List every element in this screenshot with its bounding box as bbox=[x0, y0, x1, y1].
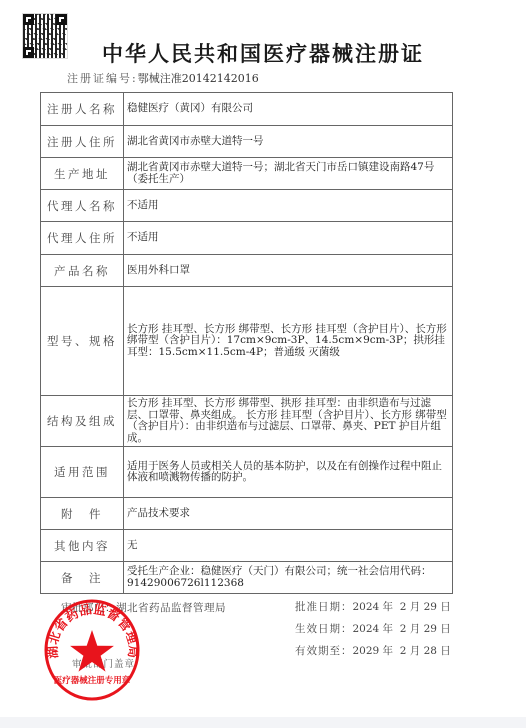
field-label: 生产地址 bbox=[41, 158, 124, 190]
registration-number: 注册证编号:鄂械注准20142142016 bbox=[67, 70, 259, 86]
document-title: 中华人民共和国医疗器械注册证 bbox=[0, 38, 526, 68]
date-label: 生效日期： bbox=[295, 623, 353, 635]
date-label: 批准日期： bbox=[295, 601, 353, 613]
certificate-table: 注册人名称稳健医疗（黄冈）有限公司 注册人住所湖北省黄冈市赤壁大道特一号 生产地… bbox=[40, 92, 453, 594]
field-value: 长方形 挂耳型、长方形 绑带型、拱形 挂耳型：由非织造布与过滤层、口罩带、鼻夹组… bbox=[124, 396, 453, 447]
field-label: 代理人名称 bbox=[41, 190, 124, 222]
field-value: 长方形 挂耳型、长方形 绑带型、长方形 挂耳型（含护目片）、长方形 绑带型（含护… bbox=[124, 287, 453, 396]
date-value: 2029 年 2 月 28 日 bbox=[353, 645, 451, 657]
qr-finder bbox=[56, 14, 67, 25]
registration-number-label: 注册证编号: bbox=[67, 72, 138, 85]
date-label: 有效期至： bbox=[295, 645, 353, 657]
field-label: 适用范围 bbox=[41, 447, 124, 498]
field-label: 附 件 bbox=[41, 498, 124, 530]
field-value: 稳健医疗（黄冈）有限公司 bbox=[124, 93, 453, 126]
table-row: 附 件产品技术要求 bbox=[41, 498, 453, 530]
registration-number-value: 鄂械注准20142142016 bbox=[138, 72, 259, 85]
field-label: 结构及组成 bbox=[41, 396, 124, 447]
table-row: 注册人名称稳健医疗（黄冈）有限公司 bbox=[41, 93, 453, 126]
field-value: 湖北省黄冈市赤壁大道特一号 bbox=[124, 126, 453, 158]
field-label: 型号、规格 bbox=[41, 287, 124, 396]
table-row: 注册人住所湖北省黄冈市赤壁大道特一号 bbox=[41, 126, 453, 158]
table-row: 产品名称医用外科口罩 bbox=[41, 255, 453, 287]
table-row: 适用范围适用于医务人员或相关人员的基本防护，以及在有创操作过程中阻止体液和喷溅物… bbox=[41, 447, 453, 498]
field-value: 湖北省黄冈市赤壁大道特一号；湖北省天门市岳口镇建设南路47号（委托生产） bbox=[124, 158, 453, 190]
field-label: 其他内容 bbox=[41, 530, 124, 562]
field-label: 代理人住所 bbox=[41, 222, 124, 255]
field-label: 注册人住所 bbox=[41, 126, 124, 158]
table-row: 代理人名称不适用 bbox=[41, 190, 453, 222]
date-value: 2024 年 2 月 29 日 bbox=[353, 623, 451, 635]
issuing-authority: 审批部门：湖北省药品监督管理局 bbox=[61, 600, 226, 615]
field-value: 适用于医务人员或相关人员的基本防护，以及在有创操作过程中阻止体液和喷溅物传播的防… bbox=[124, 447, 453, 498]
field-value: 产品技术要求 bbox=[124, 498, 453, 530]
approval-date: 批准日期：2024 年 2 月 29 日 bbox=[295, 600, 451, 622]
date-value: 2024 年 2 月 29 日 bbox=[353, 601, 451, 613]
field-value: 不适用 bbox=[124, 190, 453, 222]
field-value: 医用外科口罩 bbox=[124, 255, 453, 287]
table-row: 备 注受托生产企业：稳健医疗（天门）有限公司；统一社会信用代码：91429006… bbox=[41, 562, 453, 594]
effective-date: 生效日期：2024 年 2 月 29 日 bbox=[295, 622, 451, 644]
field-value: 无 bbox=[124, 530, 453, 562]
field-label: 注册人名称 bbox=[41, 93, 124, 126]
seal-bottom-text: 医疗器械注册专用章 bbox=[54, 675, 131, 686]
table-row: 生产地址湖北省黄冈市赤壁大道特一号；湖北省天门市岳口镇建设南路47号（委托生产） bbox=[41, 158, 453, 190]
field-label: 产品名称 bbox=[41, 255, 124, 287]
table-row: 其他内容无 bbox=[41, 530, 453, 562]
table-row: 型号、规格长方形 挂耳型、长方形 绑带型、长方形 挂耳型（含护目片）、长方形 绑… bbox=[41, 287, 453, 396]
table-row: 代理人住所不适用 bbox=[41, 222, 453, 255]
field-value: 受托生产企业：稳健医疗（天门）有限公司；统一社会信用代码：91429006726… bbox=[124, 562, 453, 594]
bottom-band bbox=[0, 717, 526, 728]
qr-finder bbox=[23, 14, 34, 25]
field-value: 不适用 bbox=[124, 222, 453, 255]
field-label: 备 注 bbox=[41, 562, 124, 594]
expiry-date: 有效期至：2029 年 2 月 28 日 bbox=[295, 644, 451, 666]
table-row: 结构及组成长方形 挂耳型、长方形 绑带型、拱形 挂耳型：由非织造布与过滤层、口罩… bbox=[41, 396, 453, 447]
seal-note: 审批部门盖章 bbox=[72, 656, 135, 670]
dates-block: 批准日期：2024 年 2 月 29 日 生效日期：2024 年 2 月 29 … bbox=[295, 600, 451, 666]
